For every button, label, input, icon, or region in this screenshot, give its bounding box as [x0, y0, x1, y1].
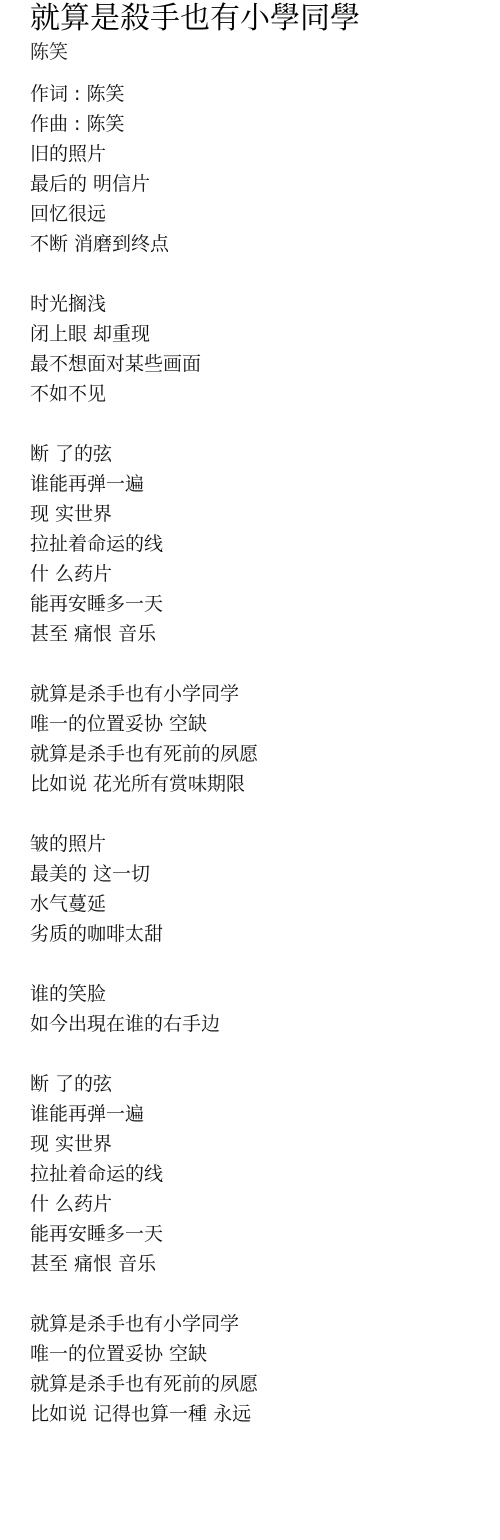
lyric-line: 断 了的弦 [30, 1069, 500, 1099]
lyric-line: 能再安睡多一天 [30, 1219, 500, 1249]
lyrics-page: 就算是殺手也有小學同學 陈笑 作词 : 陈笑 作曲 : 陈笑 旧的照片 最后的 … [0, 0, 500, 1429]
lyric-line: 现 实世界 [30, 1129, 500, 1159]
lyric-line: 不断 消磨到终点 [30, 229, 500, 259]
stanza: 作词 : 陈笑 作曲 : 陈笑 旧的照片 最后的 明信片 回忆很远 不断 消磨到… [30, 79, 500, 259]
lyric-line: 不如不见 [30, 379, 500, 409]
lyric-line: 就算是杀手也有死前的夙愿 [30, 1369, 500, 1399]
lyric-line: 唯一的位置妥协 空缺 [30, 709, 500, 739]
lyric-line: 闭上眼 却重现 [30, 319, 500, 349]
stanza: 就算是杀手也有小学同学 唯一的位置妥协 空缺 就算是杀手也有死前的夙愿 比如说 … [30, 1309, 500, 1429]
lyric-line: 什 么药片 [30, 559, 500, 589]
lyric-line: 现 实世界 [30, 499, 500, 529]
stanza: 皱的照片 最美的 这一切 水气蔓延 劣质的咖啡太甜 [30, 829, 500, 949]
lyric-line: 比如说 花光所有赏味期限 [30, 769, 500, 799]
lyric-line: 拉扯着命运的线 [30, 529, 500, 559]
lyric-line: 水气蔓延 [30, 889, 500, 919]
lyric-line: 比如说 记得也算一種 永远 [30, 1399, 500, 1429]
lyric-line: 劣质的咖啡太甜 [30, 919, 500, 949]
lyric-line: 时光搁浅 [30, 289, 500, 319]
lyric-line: 能再安睡多一天 [30, 589, 500, 619]
lyric-line: 皱的照片 [30, 829, 500, 859]
lyrics-body: 作词 : 陈笑 作曲 : 陈笑 旧的照片 最后的 明信片 回忆很远 不断 消磨到… [30, 79, 500, 1429]
song-title: 就算是殺手也有小學同學 [30, 0, 500, 38]
lyric-line: 旧的照片 [30, 139, 500, 169]
stanza: 就算是杀手也有小学同学 唯一的位置妥协 空缺 就算是杀手也有死前的夙愿 比如说 … [30, 679, 500, 799]
artist-name: 陈笑 [30, 38, 500, 66]
lyric-line: 作曲 : 陈笑 [30, 109, 500, 139]
lyric-line: 谁的笑脸 [30, 979, 500, 1009]
lyric-line: 断 了的弦 [30, 439, 500, 469]
stanza: 谁的笑脸 如今出現在谁的右手边 [30, 979, 500, 1039]
lyric-line: 最不想面对某些画面 [30, 349, 500, 379]
stanza: 断 了的弦 谁能再弹一遍 现 实世界 拉扯着命运的线 什 么药片 能再安睡多一天… [30, 1069, 500, 1279]
lyric-line: 回忆很远 [30, 199, 500, 229]
lyric-line: 甚至 痛恨 音乐 [30, 1249, 500, 1279]
lyric-line: 作词 : 陈笑 [30, 79, 500, 109]
stanza: 时光搁浅 闭上眼 却重现 最不想面对某些画面 不如不见 [30, 289, 500, 409]
lyric-line: 什 么药片 [30, 1189, 500, 1219]
lyric-line: 谁能再弹一遍 [30, 469, 500, 499]
lyric-line: 谁能再弹一遍 [30, 1099, 500, 1129]
lyric-line: 甚至 痛恨 音乐 [30, 619, 500, 649]
lyric-line: 如今出現在谁的右手边 [30, 1009, 500, 1039]
lyric-line: 最后的 明信片 [30, 169, 500, 199]
lyric-line: 就算是杀手也有死前的夙愿 [30, 739, 500, 769]
lyric-line: 就算是杀手也有小学同学 [30, 679, 500, 709]
lyric-line: 就算是杀手也有小学同学 [30, 1309, 500, 1339]
lyric-line: 最美的 这一切 [30, 859, 500, 889]
stanza: 断 了的弦 谁能再弹一遍 现 实世界 拉扯着命运的线 什 么药片 能再安睡多一天… [30, 439, 500, 649]
lyric-line: 唯一的位置妥协 空缺 [30, 1339, 500, 1369]
lyric-line: 拉扯着命运的线 [30, 1159, 500, 1189]
